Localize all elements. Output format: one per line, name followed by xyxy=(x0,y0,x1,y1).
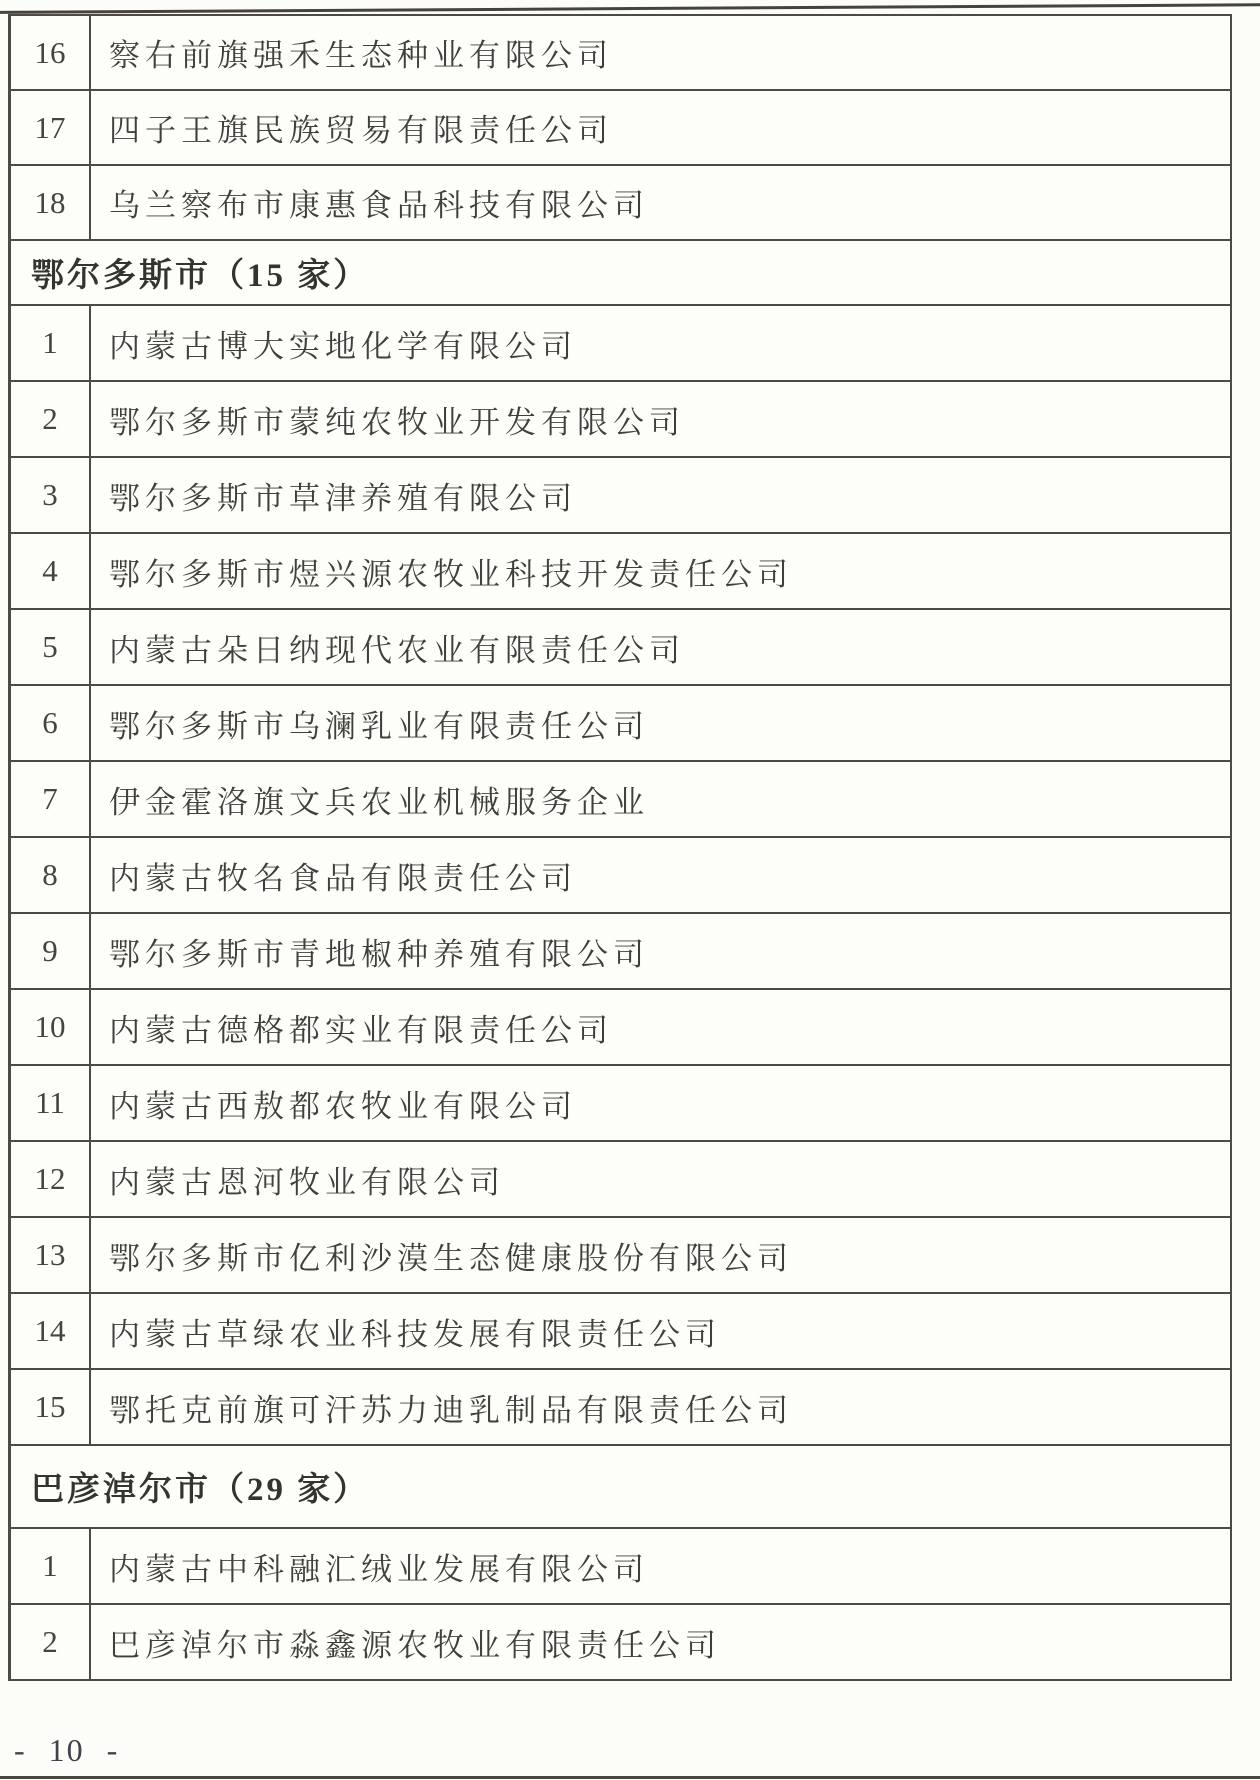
company-name: 鄂尔多斯市青地椒种养殖有限公司 xyxy=(91,914,1230,988)
row-number: 7 xyxy=(11,762,91,836)
row-number: 4 xyxy=(11,534,91,608)
company-list-table: 16 察右前旗强禾生态种业有限公司 17 四子王旗民族贸易有限责任公司 18 乌… xyxy=(8,14,1232,1681)
table-row: 8 内蒙古牧名食品有限责任公司 xyxy=(11,838,1230,914)
table-row: 15 鄂托克前旗可汗苏力迪乳制品有限责任公司 xyxy=(11,1370,1230,1446)
company-name: 四子王旗民族贸易有限责任公司 xyxy=(91,91,1230,164)
company-name: 伊金霍洛旗文兵农业机械服务企业 xyxy=(91,762,1230,836)
row-number: 17 xyxy=(11,91,91,164)
scanned-document-page: 16 察右前旗强禾生态种业有限公司 17 四子王旗民族贸易有限责任公司 18 乌… xyxy=(0,0,1260,1780)
table-row: 3 鄂尔多斯市草津养殖有限公司 xyxy=(11,458,1230,534)
row-number: 18 xyxy=(11,166,91,239)
company-name: 察右前旗强禾生态种业有限公司 xyxy=(91,16,1230,89)
company-name: 鄂尔多斯市亿利沙漠生态健康股份有限公司 xyxy=(91,1218,1230,1292)
company-name: 内蒙古中科融汇绒业发展有限公司 xyxy=(91,1529,1230,1603)
table-row: 2 巴彦淖尔市淼鑫源农牧业有限责任公司 xyxy=(11,1605,1230,1681)
company-name: 内蒙古朵日纳现代农业有限责任公司 xyxy=(91,610,1230,684)
scan-edge-line-bottom xyxy=(0,1776,1260,1779)
table-row: 6 鄂尔多斯市乌澜乳业有限责任公司 xyxy=(11,686,1230,762)
row-number: 1 xyxy=(11,306,91,380)
row-number: 15 xyxy=(11,1370,91,1444)
company-name: 内蒙古恩河牧业有限公司 xyxy=(91,1142,1230,1216)
company-name: 鄂尔多斯市草津养殖有限公司 xyxy=(91,458,1230,532)
row-number: 1 xyxy=(11,1529,91,1603)
company-name: 鄂尔多斯市煜兴源农牧业科技开发责任公司 xyxy=(91,534,1230,608)
row-number: 3 xyxy=(11,458,91,532)
company-name: 内蒙古西敖都农牧业有限公司 xyxy=(91,1066,1230,1140)
table-row: 12 内蒙古恩河牧业有限公司 xyxy=(11,1142,1230,1218)
table-row: 17 四子王旗民族贸易有限责任公司 xyxy=(11,91,1230,166)
page-number: - 10 - xyxy=(14,1732,119,1769)
scan-edge-line-top xyxy=(0,3,1260,14)
company-name: 内蒙古牧名食品有限责任公司 xyxy=(91,838,1230,912)
company-name: 内蒙古博大实地化学有限公司 xyxy=(91,306,1230,380)
row-number: 10 xyxy=(11,990,91,1064)
row-number: 2 xyxy=(11,382,91,456)
row-number: 11 xyxy=(11,1066,91,1140)
table-row: 5 内蒙古朵日纳现代农业有限责任公司 xyxy=(11,610,1230,686)
table-row: 9 鄂尔多斯市青地椒种养殖有限公司 xyxy=(11,914,1230,990)
table-row: 18 乌兰察布市康惠食品科技有限公司 xyxy=(11,166,1230,241)
table-row: 4 鄂尔多斯市煜兴源农牧业科技开发责任公司 xyxy=(11,534,1230,610)
table-row: 1 内蒙古博大实地化学有限公司 xyxy=(11,306,1230,382)
company-name: 鄂尔多斯市乌澜乳业有限责任公司 xyxy=(91,686,1230,760)
table-row: 1 内蒙古中科融汇绒业发展有限公司 xyxy=(11,1529,1230,1605)
table-row: 16 察右前旗强禾生态种业有限公司 xyxy=(11,16,1230,91)
row-number: 2 xyxy=(11,1605,91,1679)
table-row: 13 鄂尔多斯市亿利沙漠生态健康股份有限公司 xyxy=(11,1218,1230,1294)
table-row: 2 鄂尔多斯市蒙纯农牧业开发有限公司 xyxy=(11,382,1230,458)
row-number: 12 xyxy=(11,1142,91,1216)
company-name: 内蒙古草绿农业科技发展有限责任公司 xyxy=(91,1294,1230,1368)
table-row: 10 内蒙古德格都实业有限责任公司 xyxy=(11,990,1230,1066)
company-name: 内蒙古德格都实业有限责任公司 xyxy=(91,990,1230,1064)
company-name: 巴彦淖尔市淼鑫源农牧业有限责任公司 xyxy=(91,1605,1230,1679)
company-name: 鄂托克前旗可汗苏力迪乳制品有限责任公司 xyxy=(91,1370,1230,1444)
row-number: 5 xyxy=(11,610,91,684)
row-number: 14 xyxy=(11,1294,91,1368)
row-number: 6 xyxy=(11,686,91,760)
company-name: 鄂尔多斯市蒙纯农牧业开发有限公司 xyxy=(91,382,1230,456)
table-row: 7 伊金霍洛旗文兵农业机械服务企业 xyxy=(11,762,1230,838)
section-header: 巴彦淖尔市（29 家） xyxy=(11,1446,1230,1527)
row-number: 16 xyxy=(11,16,91,89)
row-number: 8 xyxy=(11,838,91,912)
company-name: 乌兰察布市康惠食品科技有限公司 xyxy=(91,166,1230,239)
section-header-row: 鄂尔多斯市（15 家） xyxy=(11,241,1230,306)
row-number: 9 xyxy=(11,914,91,988)
table-row: 14 内蒙古草绿农业科技发展有限责任公司 xyxy=(11,1294,1230,1370)
table-row: 11 内蒙古西敖都农牧业有限公司 xyxy=(11,1066,1230,1142)
row-number: 13 xyxy=(11,1218,91,1292)
section-header-row: 巴彦淖尔市（29 家） xyxy=(11,1446,1230,1529)
section-header: 鄂尔多斯市（15 家） xyxy=(11,241,1230,304)
